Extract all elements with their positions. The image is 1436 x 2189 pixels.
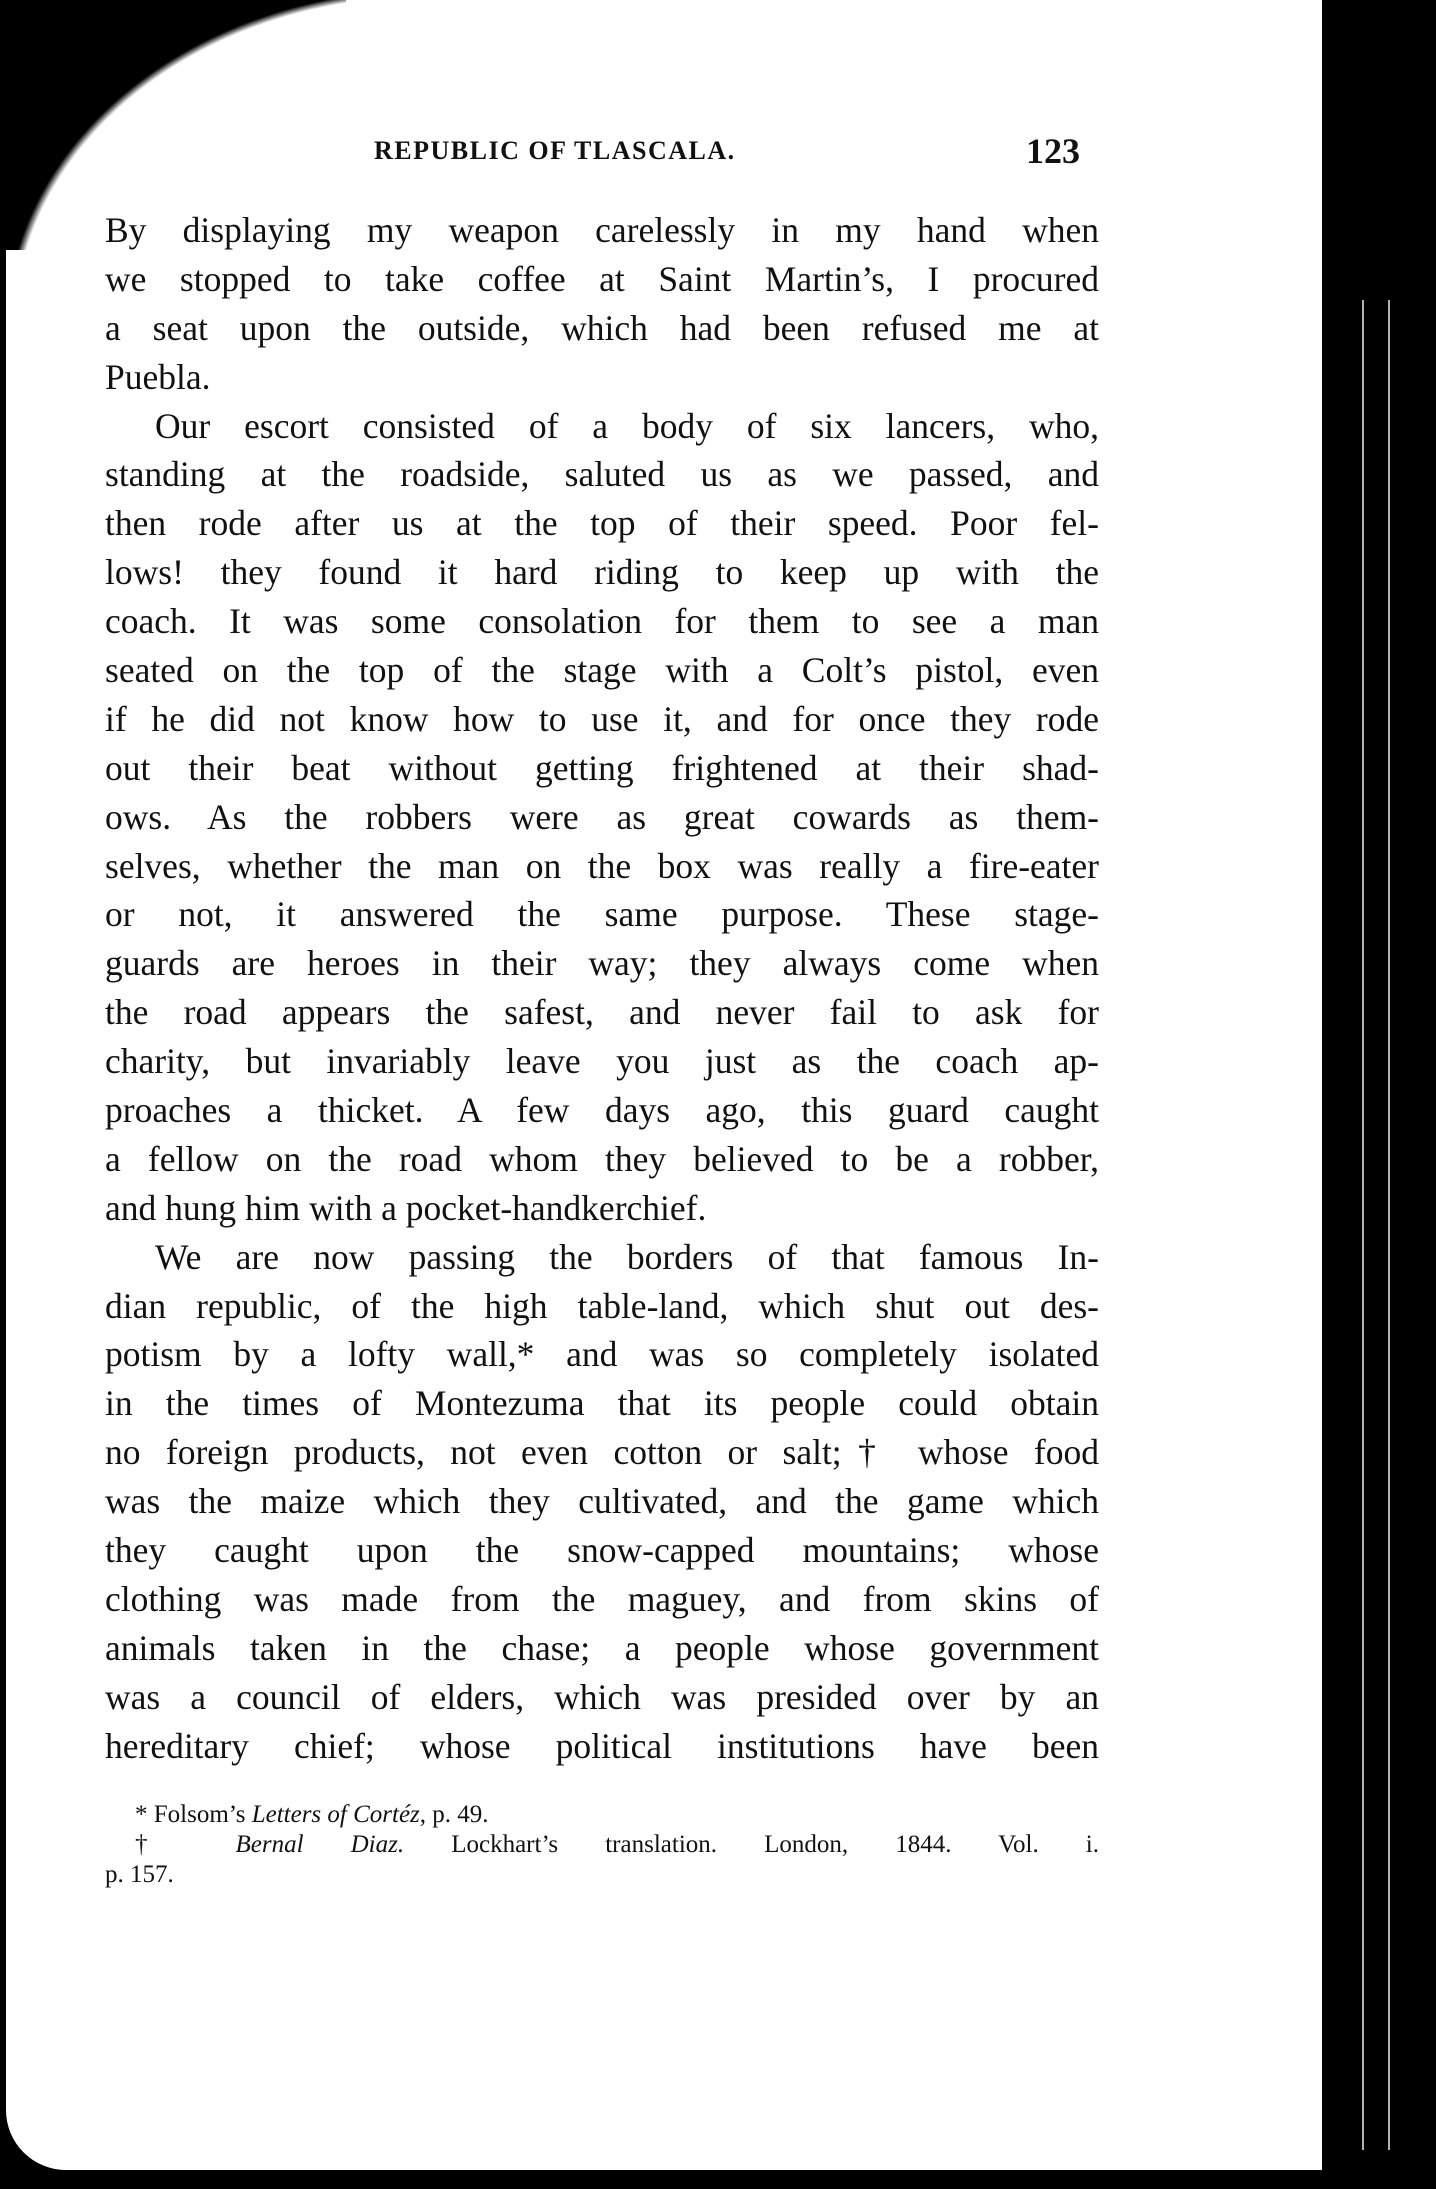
footnote-title: Letters of Cortéz (252, 1801, 420, 1828)
text-line: proaches a thicket. A few days ago, this… (105, 1086, 1099, 1135)
footnote-1: * Folsom’s Letters of Cortéz, p. 49. (105, 1800, 1099, 1830)
text-line: Puebla. (105, 353, 1099, 402)
text-line: a fellow on the road whom they believed … (105, 1135, 1099, 1184)
text-line: standing at the roadside, saluted us as … (105, 450, 1099, 499)
text-line: charity, but invariably leave you just a… (105, 1037, 1099, 1086)
text-line: if he did not know how to use it, and fo… (105, 695, 1099, 744)
footnote-title: Bernal Diaz. (235, 1831, 404, 1858)
text-line: in the times of Montezuma that its peopl… (105, 1379, 1099, 1428)
text-line: seated on the top of the stage with a Co… (105, 646, 1099, 695)
body-text: By displaying my weapon carelessly in my… (105, 206, 1099, 1771)
text-line: then rode after us at the top of their s… (105, 499, 1099, 548)
text-line: a seat upon the outside, which had been … (105, 304, 1099, 353)
text-line: out their beat without getting frightene… (105, 744, 1099, 793)
text-line: guards are heroes in their way; they alw… (105, 939, 1099, 988)
page-edge-line (1362, 300, 1364, 2150)
text-line: they caught upon the snow-capped mountai… (105, 1526, 1099, 1575)
text-line: lows! they found it hard riding to keep … (105, 548, 1099, 597)
text-line: potism by a lofty wall,* and was so comp… (105, 1330, 1099, 1379)
footnote-text: Folsom’s (154, 1801, 252, 1828)
footnote-2-continuation: p. 157. (105, 1860, 1099, 1890)
running-head: REPUBLIC OF TLASCALA. (374, 136, 736, 166)
footnote-text: Lockhart’s translation. London, 1844. Vo… (404, 1831, 1099, 1858)
text-line: was a council of elders, which was presi… (105, 1673, 1099, 1722)
text-line: the road appears the safest, and never f… (105, 988, 1099, 1037)
text-line: selves, whether the man on the box was r… (105, 842, 1099, 891)
footnotes: * Folsom’s Letters of Cortéz, p. 49. † B… (105, 1800, 1099, 1890)
text-line: ows. As the robbers were as great coward… (105, 793, 1099, 842)
footnote-mark: † (135, 1831, 188, 1858)
text-line: or not, it answered the same purpose. Th… (105, 890, 1099, 939)
text-line: By displaying my weapon carelessly in my… (105, 206, 1099, 255)
text-line: we stopped to take coffee at Saint Marti… (105, 255, 1099, 304)
page-header: REPUBLIC OF TLASCALA. 123 (6, 130, 1322, 180)
footnote-2: † Bernal Diaz. Lockhart’s translation. L… (105, 1830, 1099, 1860)
text-line: We are now passing the borders of that f… (105, 1233, 1099, 1282)
text-line: dian republic, of the high table-land, w… (105, 1282, 1099, 1331)
text-line: animals taken in the chase; a people who… (105, 1624, 1099, 1673)
page-edge-line (1388, 300, 1390, 2150)
text-line: coach. It was some consolation for them … (105, 597, 1099, 646)
page-number: 123 (1026, 130, 1080, 172)
footnote-text: , p. 49. (420, 1801, 489, 1828)
text-line: clothing was made from the maguey, and f… (105, 1575, 1099, 1624)
text-line: and hung him with a pocket-handkerchief. (105, 1184, 1099, 1233)
footnote-mark: * (135, 1801, 148, 1828)
text-line: hereditary chief; whose political instit… (105, 1722, 1099, 1771)
text-line: Our escort consisted of a body of six la… (105, 402, 1099, 451)
book-page-edges (1322, 0, 1436, 2189)
text-line: was the maize which they cultivated, and… (105, 1477, 1099, 1526)
book-page: REPUBLIC OF TLASCALA. 123 By displaying … (6, 0, 1322, 2170)
text-line: no foreign products, not even cotton or … (105, 1428, 1099, 1477)
